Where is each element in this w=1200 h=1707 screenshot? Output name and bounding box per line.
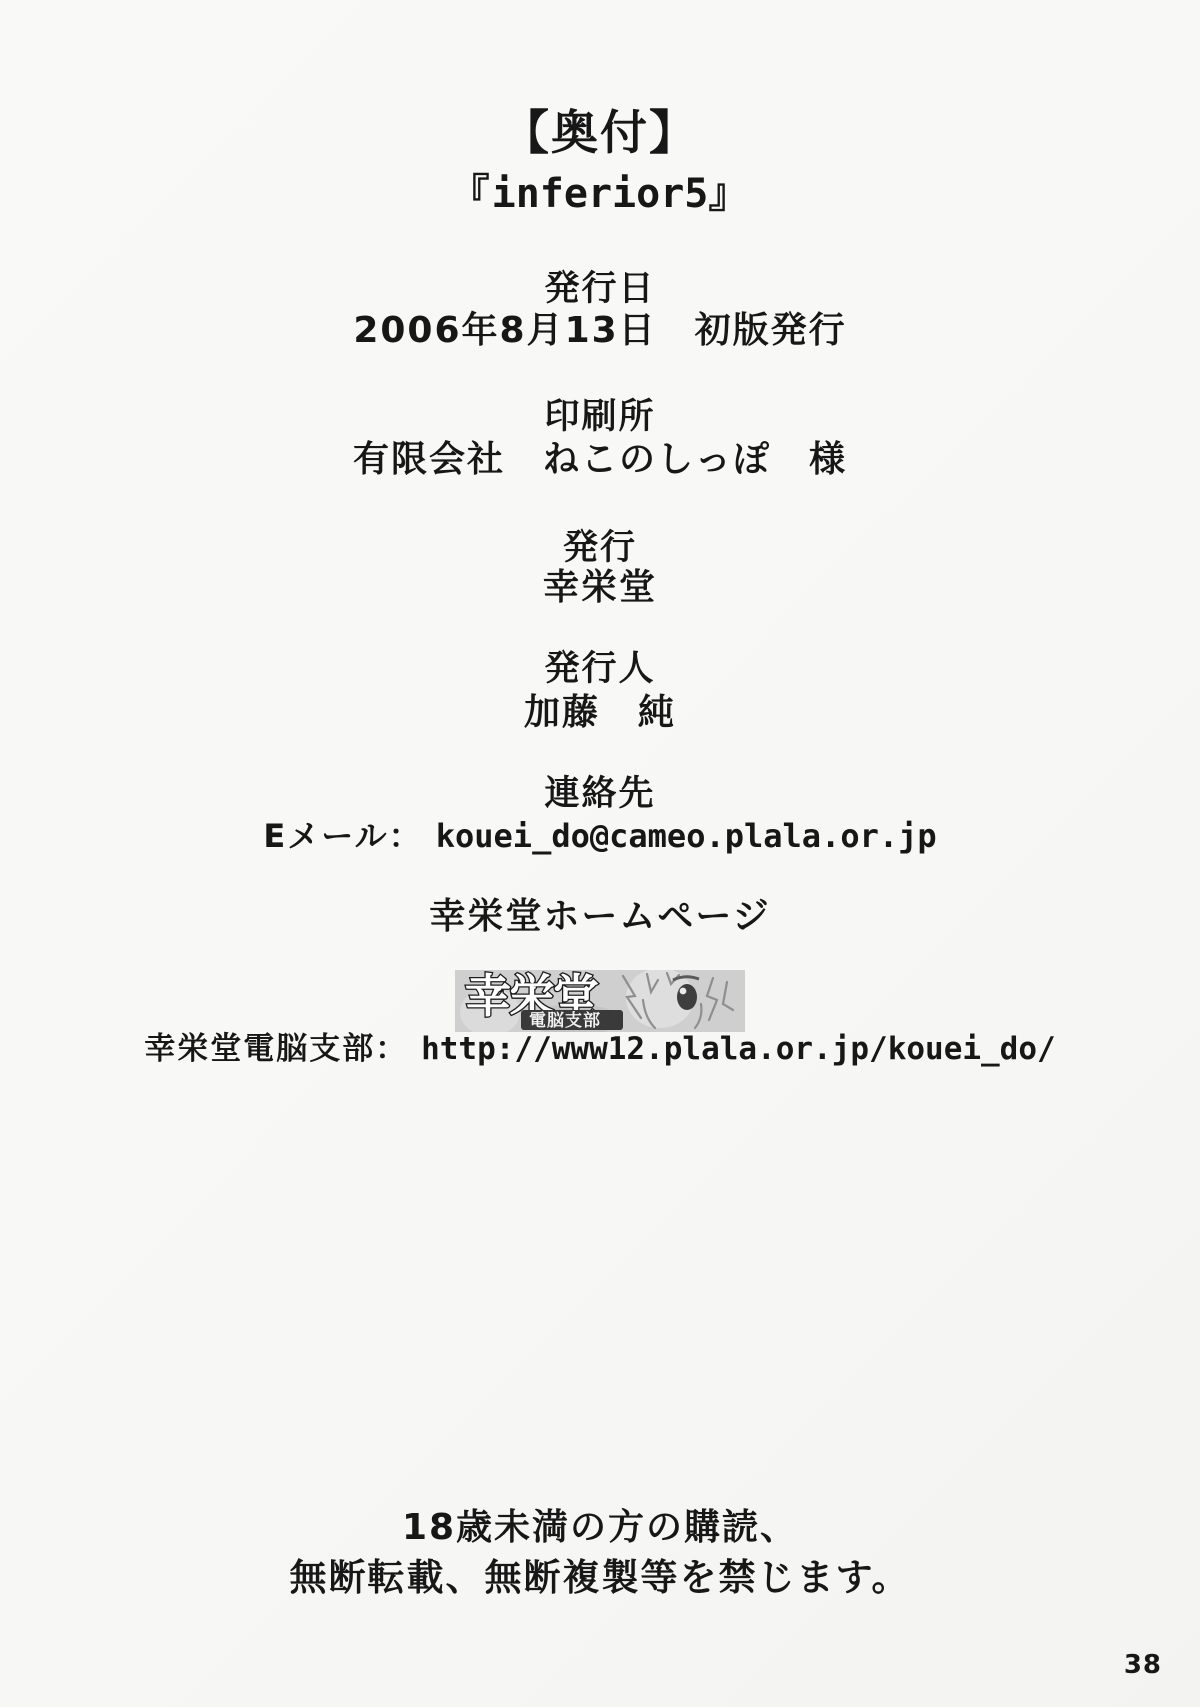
issuer-value: 加藤 純 [0,693,1200,733]
reproduction-prohibition-notice: 無断転載、無断複製等を禁じます。 [0,1558,1200,1599]
colophon-heading: 【奥付】 [0,108,1200,160]
publisher-value: 幸栄堂 [0,568,1200,608]
contact-label: 連絡先 [0,775,1200,814]
homepage-url: http://www12.plala.or.jp/kouei_do/ [421,1031,1056,1067]
book-title-bracket-open: 『 [450,171,492,217]
homepage-url-line: 幸栄堂電脳支部： http://www12.plala.or.jp/kouei_… [0,1032,1200,1066]
age-restriction-notice: 18歳未満の方の購読、 [0,1508,1200,1548]
homepage-url-label: 幸栄堂電脳支部： [144,1031,421,1067]
publication-date-label: 発行日 [0,270,1200,309]
colophon-page: 【奥付】 『inferior5』 発行日 2006年8月13日 初版発行 印刷所… [0,0,1200,1707]
printer-label: 印刷所 [0,398,1200,437]
logo-sub-title: 電脳支部 [529,1010,601,1031]
book-title: 『inferior5』 [0,172,1200,216]
mascot-eye-icon [677,984,697,1010]
email-label: Eメール： [263,817,435,855]
publication-date-value: 2006年8月13日 初版発行 [0,311,1200,351]
contact-email-line: Eメール： kouei_do@cameo.plala.or.jp [0,819,1200,854]
issuer-label: 発行人 [0,650,1200,689]
email-address: kouei_do@cameo.plala.or.jp [436,817,937,855]
page-number: 38 [1124,1650,1162,1680]
homepage-heading: 幸栄堂ホームページ [0,897,1200,937]
kouei-do-logo: 幸栄堂 電脳支部 [455,970,745,1032]
printer-value: 有限会社 ねこのしっぽ 様 [0,440,1200,480]
mascot-eye-highlight [680,988,687,995]
publisher-label: 発行 [0,529,1200,568]
homepage-logo-banner: 幸栄堂 電脳支部 [0,970,1200,1036]
book-title-bracket-close: 』 [708,171,750,217]
book-title-name: inferior5 [492,171,709,217]
